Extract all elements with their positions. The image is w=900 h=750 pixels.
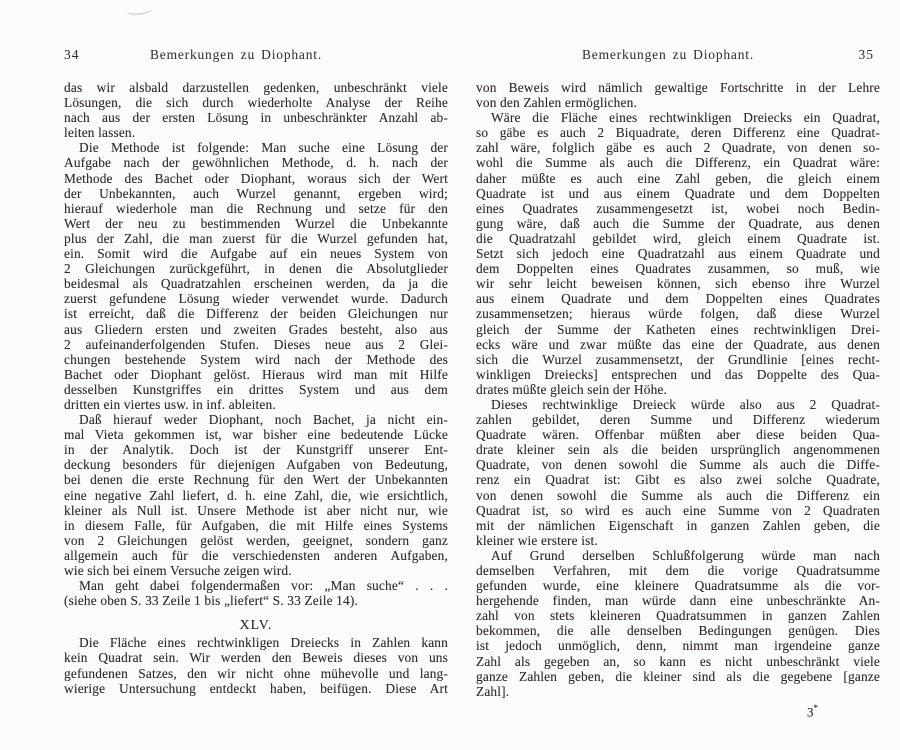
text-line: von den Zahlen ermöglichen. bbox=[476, 95, 880, 110]
text-line: ein. Somit wird die Aufgabe auf ein neue… bbox=[64, 246, 448, 261]
text-line: allgemein auch für die verschiedensten a… bbox=[64, 548, 448, 563]
text-line: beidesmal als Quadratzahlen erscheinen w… bbox=[64, 276, 448, 291]
text-line: chungen bestehende System wird nach der … bbox=[64, 352, 448, 367]
signature-mark: 3* bbox=[476, 701, 880, 719]
text-line: 2 aufeinanderfolgenden Stufen. Dieses ne… bbox=[64, 337, 448, 352]
text-line: Aufgabe nach der gewöhnlichen Methode, d… bbox=[64, 155, 448, 170]
text-line: zusammensetzen; hieraus würde folgen, da… bbox=[476, 306, 880, 321]
text-line: dem Doppelten eines Quadrates zusammen, … bbox=[476, 261, 880, 276]
text-line: zuerst gefundene Lösung wieder verwendet… bbox=[64, 291, 448, 306]
page-body-right: von Beweis wird nämlich gewaltige Fortsc… bbox=[476, 80, 880, 719]
text-line: in diesem Falle, für Aufgaben, die mit H… bbox=[64, 518, 448, 533]
text-line: plus der Zahl, die man zuerst für die Wu… bbox=[64, 231, 448, 246]
text-line: sich die Wurzel zusammensetzt, der Grund… bbox=[476, 352, 880, 367]
text-line: ganze Zahlen geben, die kleiner sind als… bbox=[476, 669, 880, 684]
text-line: eine negative Zahl liefert, d. h. eine Z… bbox=[64, 488, 448, 503]
text-line: gleich der Summe der Katheten eines rech… bbox=[476, 322, 880, 337]
text-line: Quadrate, von denen sowohl die Summe als… bbox=[476, 457, 880, 472]
text-line: ecks wäre und zwar müßte das eine der Qu… bbox=[476, 337, 880, 352]
text-line: Auf Grund derselben Schlußfolgerung würd… bbox=[476, 548, 880, 563]
text-line: Quadrate ist und aus einem Quadrate und … bbox=[476, 186, 880, 201]
text-line: ist jedoch unmöglich, denn, nimmt man ir… bbox=[476, 638, 880, 653]
page-header-right: 35 Bemerkungen zu Diophant. bbox=[476, 46, 880, 63]
text-line: Setzt sich jedoch eine Quadratzahl aus e… bbox=[476, 246, 880, 261]
text-line: Quadrat ist, so wird es auch eine Summe … bbox=[476, 503, 880, 518]
text-line: winkligen Dreiecks] entsprechen und das … bbox=[476, 367, 880, 382]
text-line: von Beweis wird nämlich gewaltige Fortsc… bbox=[476, 80, 880, 95]
book-spread: 34 Bemerkungen zu Diophant. das wir alsb… bbox=[0, 0, 900, 750]
section-heading: XLV. bbox=[64, 617, 448, 632]
text-line: gefunden wurde, eine kleinere Quadratsum… bbox=[476, 578, 880, 593]
text-line: kleiner wie erstere ist. bbox=[476, 533, 880, 548]
text-line: zahl wäre, folglich gäbe es auch 2 Quadr… bbox=[476, 140, 880, 155]
text-line: desselben Kunstgriffes ein drittes Syste… bbox=[64, 382, 448, 397]
text-line: aus Gliedern ersten und zweiten Grades b… bbox=[64, 322, 448, 337]
text-line: Bachet oder Diophant gelöst. Hieraus wir… bbox=[64, 367, 448, 382]
text-line: gefundenen Satzes, den wir nicht ohne mü… bbox=[64, 666, 448, 681]
running-title: Bemerkungen zu Diophant. bbox=[44, 46, 428, 63]
text-line: Methode des Bachet oder Diophant, woraus… bbox=[64, 171, 448, 186]
text-line: nach aus der ersten Lösung in unbeschrän… bbox=[64, 110, 448, 125]
text-line: wie sich bei einem Versuche zeigen wird. bbox=[64, 563, 448, 578]
text-line: dritten ein viertes usw. in inf. ableite… bbox=[64, 397, 448, 412]
text-line: mit der nämlichen Eigenschaft in ganzen … bbox=[476, 518, 880, 533]
text-line: das wir alsbald darzustellen gedenken, u… bbox=[64, 80, 448, 95]
text-line: Wert der neu zu bestimmenden Wurzel die … bbox=[64, 216, 448, 231]
text-line: kein Quadrat sein. Wir werden den Beweis… bbox=[64, 650, 448, 665]
text-line: Die Fläche eines rechtwinkligen Dreiecks… bbox=[64, 635, 448, 650]
text-line: gung wäre, daß auch die Summe der Quadra… bbox=[476, 216, 880, 231]
text-line: Man geht dabei folgendermaßen vor: „Man … bbox=[64, 578, 448, 593]
text-line: ist erreicht, daß die Differenz der beid… bbox=[64, 306, 448, 321]
text-line: demselben Verfahren, mit dem die vorige … bbox=[476, 563, 880, 578]
text-line: bekommen, die alle denselben Bedingungen… bbox=[476, 623, 880, 638]
text-line: drates müßte gleich sein der Höhe. bbox=[476, 382, 880, 397]
running-title: Bemerkungen zu Diophant. bbox=[466, 46, 870, 63]
text-line: wohl die Summe als auch die Differenz, e… bbox=[476, 155, 880, 170]
text-line: hergehende finden, man würde dann eine u… bbox=[476, 593, 880, 608]
text-line: wir sehr leicht beweisen können, sich eb… bbox=[476, 276, 880, 291]
text-line: die Quadratzahl gebildet wird, gleich ei… bbox=[476, 231, 880, 246]
text-line: zahlen gebildet, deren Summe und Differe… bbox=[476, 412, 880, 427]
text-line: Daß hierauf weder Diophant, noch Bachet,… bbox=[64, 412, 448, 427]
text-line: leiten lassen. bbox=[64, 125, 448, 140]
text-line: drate kleiner sein als die beiden ursprü… bbox=[476, 442, 880, 457]
page-header-left: 34 Bemerkungen zu Diophant. bbox=[64, 46, 448, 63]
text-line: hierauf wiederhole man die Rechnung und … bbox=[64, 201, 448, 216]
text-line: daher müßte es auch eine Zahl geben, die… bbox=[476, 171, 880, 186]
text-line: von denen sowohl die Summe als auch die … bbox=[476, 488, 880, 503]
text-line: so gäbe es auch 2 Biquadrate, deren Diff… bbox=[476, 125, 880, 140]
text-line: zahl von stets kleineren Quadratsummen i… bbox=[476, 608, 880, 623]
text-line: deckung besonders für diejenigen Aufgabe… bbox=[64, 457, 448, 472]
text-line: Quadrate wären. Offenbar müßten aber die… bbox=[476, 427, 880, 442]
text-line: in der Analytik. Doch ist der Kunstgriff… bbox=[64, 442, 448, 457]
text-line: kleiner als Null ist. Unsere Methode ist… bbox=[64, 503, 448, 518]
page-35: 35 Bemerkungen zu Diophant. von Beweis w… bbox=[476, 0, 880, 750]
text-line: eines Quadrates zusammengesetzt ist, wob… bbox=[476, 201, 880, 216]
text-line: 2 Gleichungen zurückgeführt, in denen di… bbox=[64, 261, 448, 276]
text-line: Lösungen, die sich durch wiederholte Ana… bbox=[64, 95, 448, 110]
text-line: der Unbekannten, auch Wurzel genannt, er… bbox=[64, 186, 448, 201]
text-line: wierige Untersuchung entdeckt haben, bei… bbox=[64, 681, 448, 696]
text-line: mal Vieta gekommen ist, war bisher eine … bbox=[64, 427, 448, 442]
text-line: (siehe oben S. 33 Zeile 1 bis „liefert“ … bbox=[64, 593, 448, 608]
text-line: Zahl als gegeben an, so kann es nicht un… bbox=[476, 654, 880, 669]
text-line: aus einem Quadrate und dem Doppelten ein… bbox=[476, 291, 880, 306]
page-34: 34 Bemerkungen zu Diophant. das wir alsb… bbox=[64, 0, 448, 750]
text-line: Zahl]. bbox=[476, 684, 880, 699]
text-line: Wäre die Fläche eines rechtwinkligen Dre… bbox=[476, 110, 880, 125]
text-line: Dieses rechtwinklige Dreieck würde also … bbox=[476, 397, 880, 412]
text-line: Die Methode ist folgende: Man suche eine… bbox=[64, 140, 448, 155]
signature-asterisk: * bbox=[814, 703, 819, 713]
text-line: bei denen die erste Rechnung für den Wer… bbox=[64, 472, 448, 487]
text-line: renz ein Quadrat ist: Gibt es also zwei … bbox=[476, 472, 880, 487]
page-body-left: das wir alsbald darzustellen gedenken, u… bbox=[64, 80, 448, 696]
text-line: von 2 Gleichungen gelöst werden, geeigne… bbox=[64, 533, 448, 548]
